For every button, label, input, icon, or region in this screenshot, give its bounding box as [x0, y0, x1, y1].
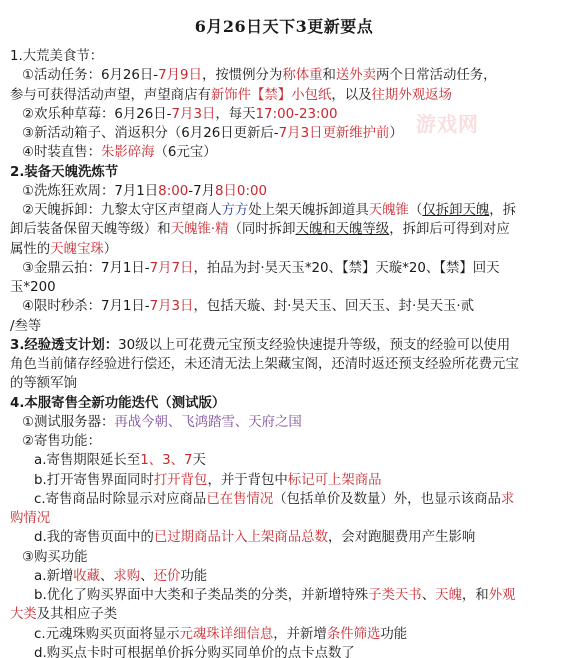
- s2-item4-cont: /叁等: [10, 317, 41, 337]
- s4-item3-d: d.购买点卡时可根据单价拆分购买同单价的点卡点数了: [34, 644, 355, 658]
- s4-item3-b-cont: 大类及其相应子类: [10, 605, 117, 625]
- s4-item2-b: b.打开寄售界面同时打开背包，并于背包中标记可上架商品: [34, 471, 382, 491]
- s2-item3: ③金鼎云拍：7月1日-7月7日，拍品为封·昊天玉*20、【禁】天璇*20、【禁】…: [22, 259, 500, 279]
- s3-line3: 的等额军饷: [10, 374, 77, 394]
- section-3-heading: 3.经验透支计划：: [10, 338, 118, 353]
- s1-item1-cont: 参与可获得活动声望，声望商店有新饰件【禁】小包纸，以及往期外观返场: [10, 86, 452, 106]
- s1-item3: ③新活动箱子、消返积分（6月26日更新后-7月3日更新维护前）: [22, 124, 403, 144]
- s4-item2-d: d.我的寄售页面中的已过期商品计入上架商品总数，会对跑腿费用产生影响: [34, 528, 475, 548]
- watermark: 游戏网: [416, 108, 479, 137]
- s4-item2-heading: ②寄售功能：: [22, 432, 101, 452]
- page-title: 6月26日天下3更新要点: [0, 14, 568, 37]
- s4-item1: ①测试服务器：再战今朝、飞鸿踏雪、天府之国: [22, 413, 302, 433]
- s4-item2-c: c.寄售商品时除显示对应商品已在售情况（包括单价及数量）外，也显示该商品求: [34, 490, 514, 510]
- s1-item4: ④时装直售：朱影碎海（6元宝）: [22, 143, 217, 163]
- s4-item3-heading: ③购买功能: [22, 548, 88, 568]
- s2-item2: ②天魄拆卸：九黎太守区声望商人方方处上架天魄拆卸道具天魄锥（仅拆卸天魄，拆: [22, 201, 516, 221]
- s4-item3-c: c.元魂珠购买页面将显示元魂珠详细信息，并新增条件筛选功能: [34, 625, 407, 645]
- s2-item4: ④限时秒杀：7月1日-7月3日，包括天璇、封·昊天玉、回天玉、封·昊天玉·贰: [22, 297, 474, 317]
- s2-item2-cont: 卸后装备保留天魄等级）和天魄锥·精（同时拆卸天魄和天魄等级，拆卸后可得到对应: [10, 220, 510, 240]
- s2-item2-cont2: 属性的天魄宝珠）: [10, 240, 117, 260]
- s4-item3-a: a.新增收藏、求购、还价功能: [34, 567, 207, 587]
- s1-item1: ①活动任务：6月26日-7月9日，按惯例分为称体重和送外卖两个日常活动任务，: [22, 66, 497, 86]
- s2-item1: ①洗炼狂欢周：7月1日8:00-7月8日0:00: [22, 182, 267, 202]
- section-1-heading: 1.大荒美食节：: [10, 47, 103, 67]
- section-3: 3.经验透支计划：30级以上可花费元宝预支经验快速提升等级，预支的经验可以使用: [10, 336, 510, 356]
- section-4-heading: 4.本服寄售全新功能迭代（测试版）: [10, 394, 225, 414]
- s4-item2-a: a.寄售期限延长至1、3、7天: [34, 451, 206, 471]
- s4-item3-b: b.优化了购买界面中大类和子类品类的分类，并新增特殊子类天书、天魄，和外观: [34, 586, 515, 606]
- s2-item3-cont: 玉*200: [10, 278, 56, 298]
- s4-item2-c-cont: 购情况: [10, 509, 50, 529]
- s1-item2: ②欢乐种草莓：6月26日-7月3日，每天17:00-23:00: [22, 105, 338, 125]
- s3-line2: 角色当前储存经验进行偿还，未还清无法上架藏宝阁，还清时返还预支经验所花费元宝: [10, 355, 519, 375]
- section-2-heading: 2.装备天魄洗炼节: [10, 163, 118, 183]
